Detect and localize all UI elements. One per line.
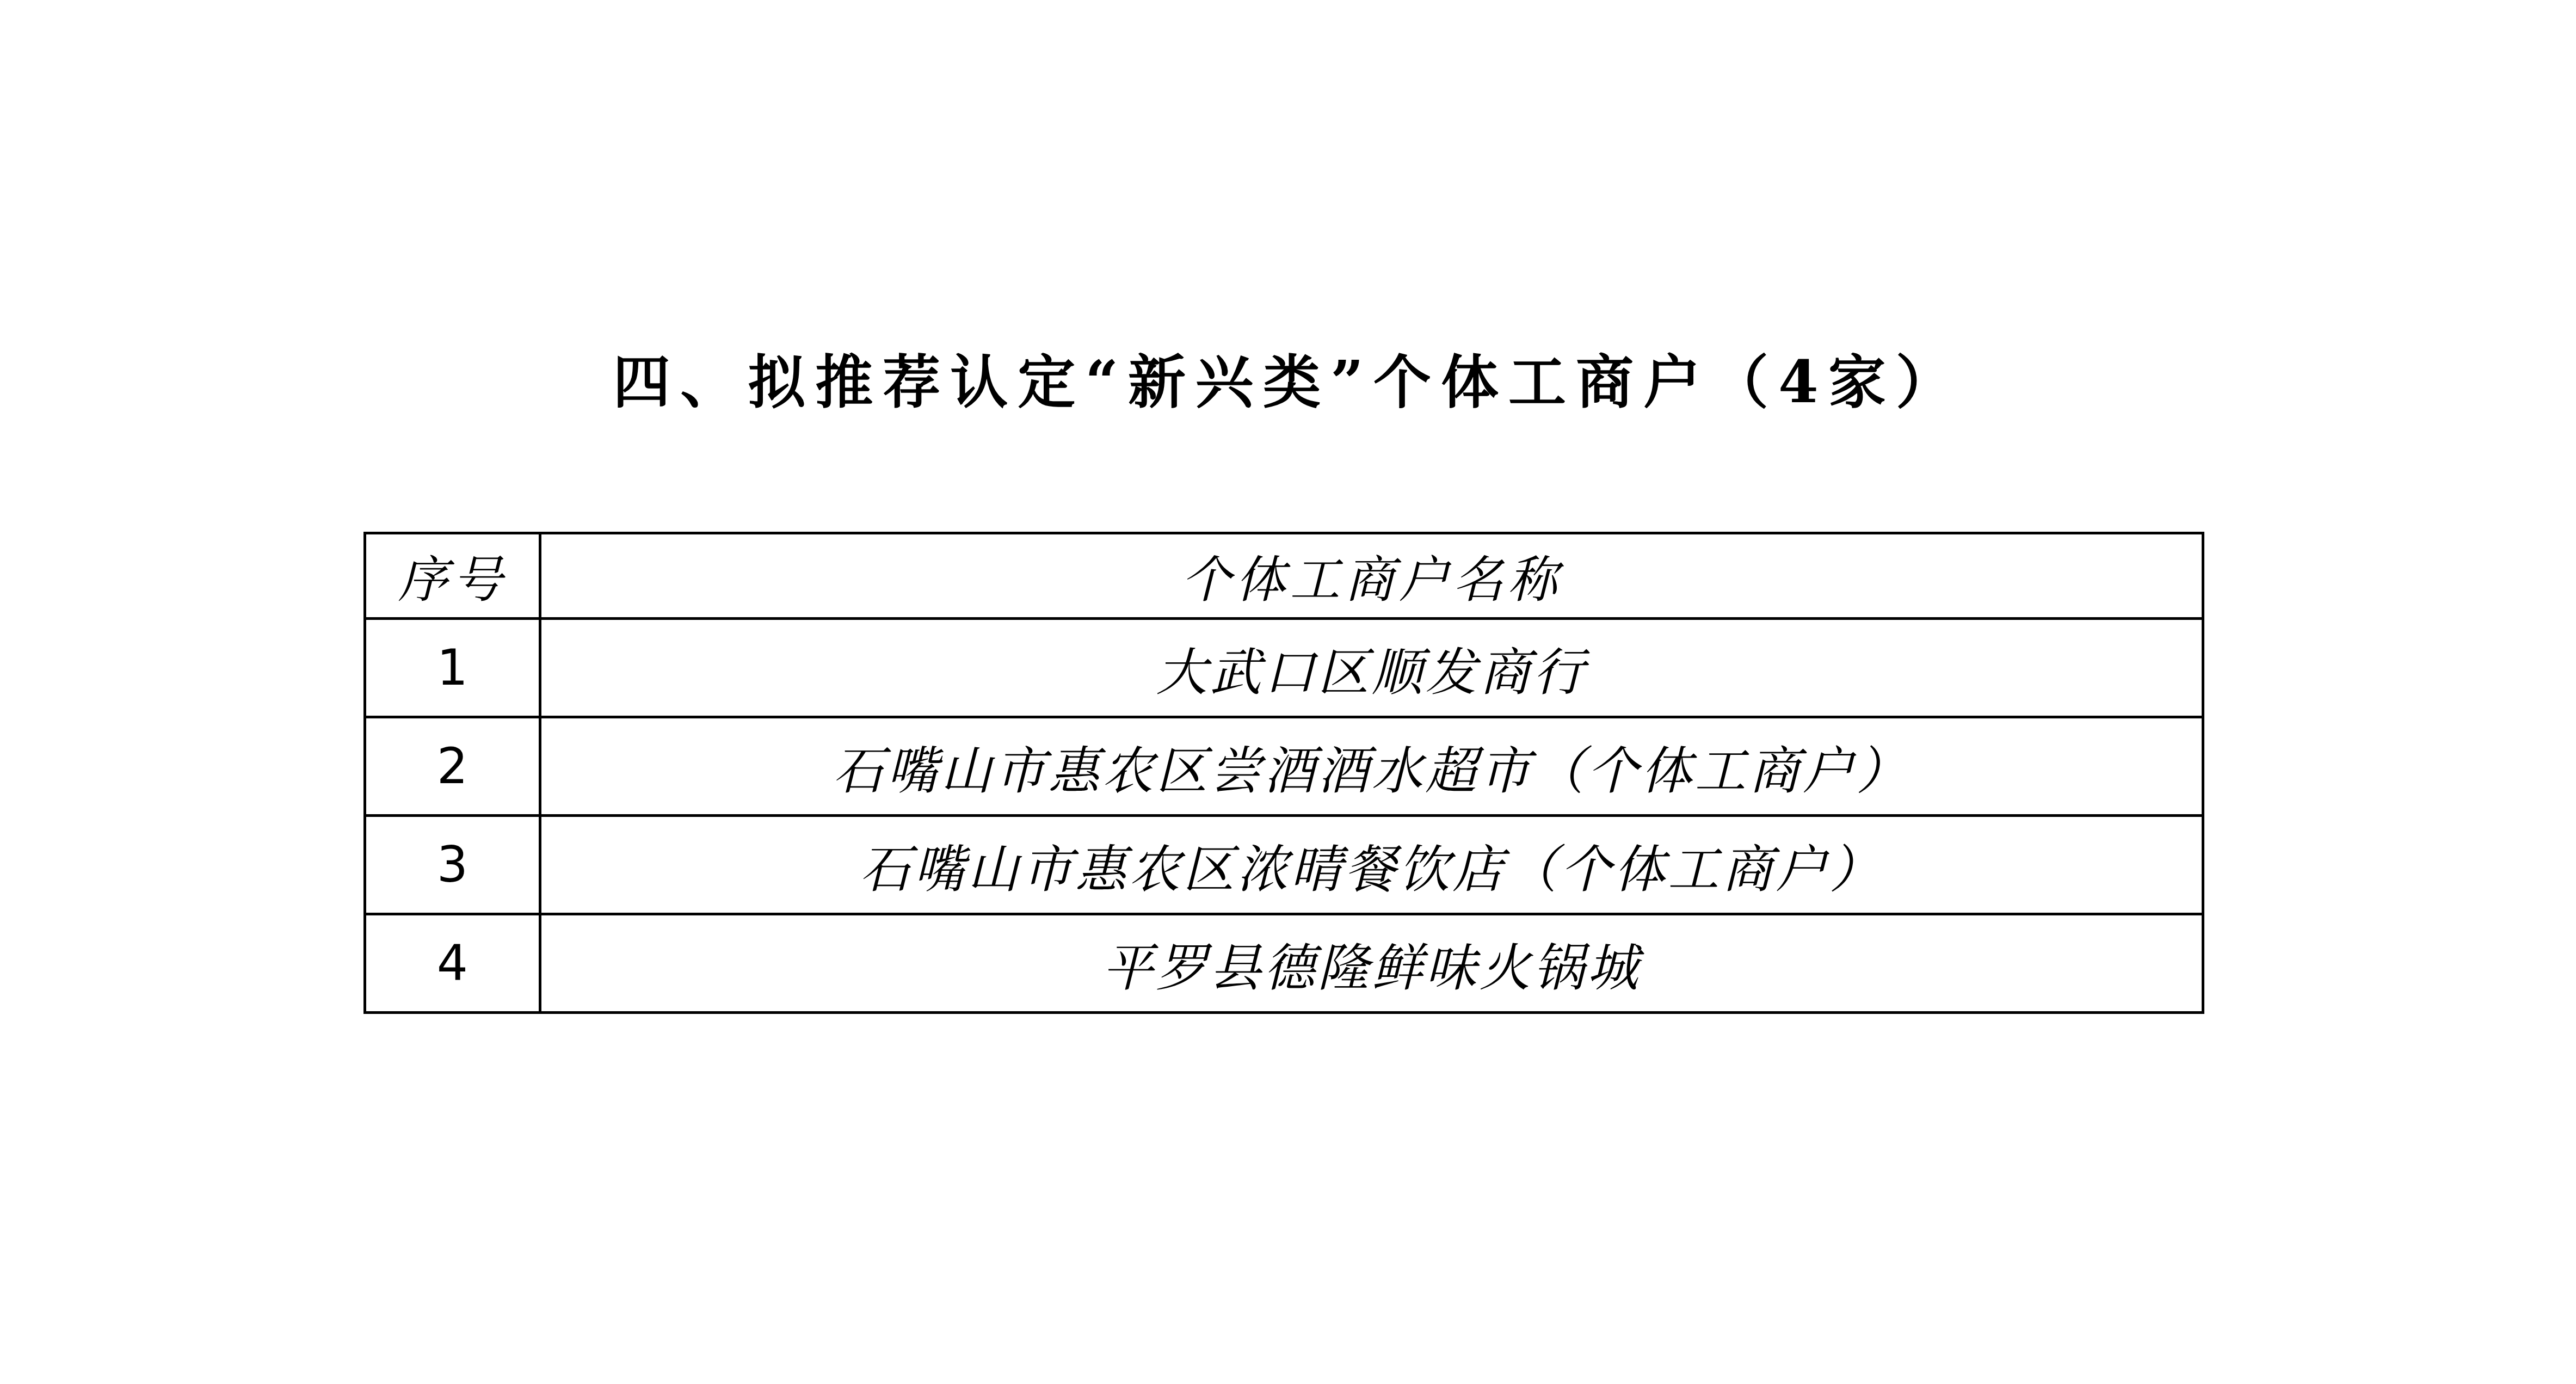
merchant-name-cell: 石嘴山市惠农区浓晴餐饮店（个体工商户） [540,816,2203,914]
seq-cell: 4 [365,914,540,1013]
table-header-row: 序号 个体工商户名称 [365,533,2203,619]
table-row: 4 平罗县德隆鲜味火锅城 [365,914,2203,1013]
merchant-table: 序号 个体工商户名称 1 大武口区顺发商行 2 石嘴山市惠农区尝酒酒水超市（个体… [363,532,2204,1014]
header-cell-seq: 序号 [365,533,540,619]
document-title: 四、拟推荐认定“新兴类”个体工商户（4家） [0,342,2576,422]
merchant-name-cell: 平罗县德隆鲜味火锅城 [540,914,2203,1013]
merchant-name-cell: 石嘴山市惠农区尝酒酒水超市（个体工商户） [540,717,2203,816]
seq-cell: 3 [365,816,540,914]
header-cell-name: 个体工商户名称 [540,533,2203,619]
table-row: 2 石嘴山市惠农区尝酒酒水超市（个体工商户） [365,717,2203,816]
table-row: 1 大武口区顺发商行 [365,619,2203,717]
table-row: 3 石嘴山市惠农区浓晴餐饮店（个体工商户） [365,816,2203,914]
document-page: 四、拟推荐认定“新兴类”个体工商户（4家） 序号 个体工商户名称 1 大武口区顺… [0,0,2576,1384]
seq-cell: 2 [365,717,540,816]
merchant-name-cell: 大武口区顺发商行 [540,619,2203,717]
seq-cell: 1 [365,619,540,717]
